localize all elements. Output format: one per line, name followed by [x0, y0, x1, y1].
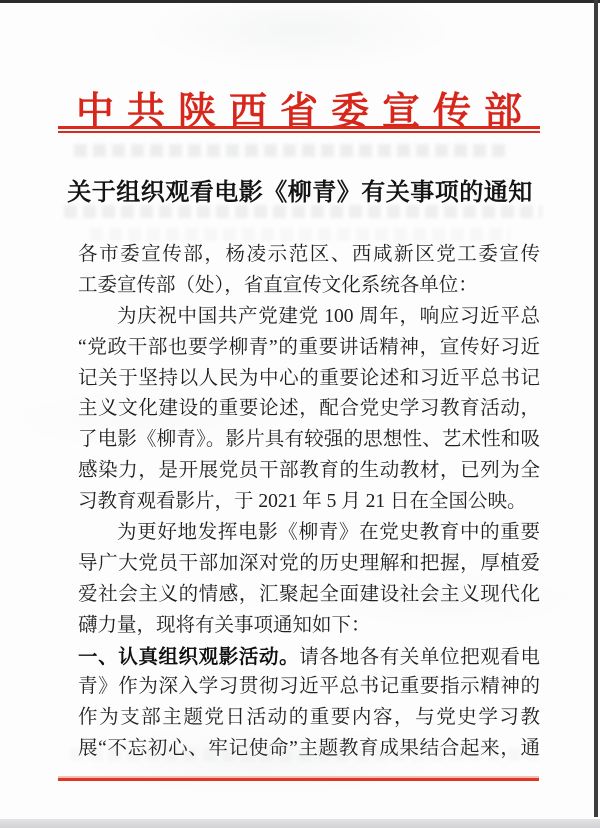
bleedthrough-text-row — [74, 144, 510, 157]
body-line: 工委宣传部（处），省直宣传文化系统各单位： — [78, 271, 540, 302]
bleedthrough-red-rule — [58, 776, 539, 781]
body-line: 展“不忘初心、牢记使命”主题教育成果结合起来，通过多种形 — [78, 734, 540, 765]
document-title: 关于组织观看电影《柳青》有关事项的通知 — [0, 172, 600, 207]
body-line: 各市委宣传部，杨凌示范区、西咸新区党工委宣传部，省委各 — [78, 240, 540, 271]
document-body: 各市委宣传部，杨凌示范区、西咸新区党工委宣传部，省委各工委宣传部（处），省直宣传… — [78, 240, 540, 765]
scan-edge-top — [0, 0, 600, 3]
body-line: 一、认真组织观影活动。请各地各有关单位把观看电影《柳 — [78, 642, 540, 673]
document-page: 中共陕西省委宣传部 关于组织观看电影《柳青》有关事项的通知 各市委宣传部，杨凌示… — [0, 0, 600, 828]
body-line: 主义文化建设的重要论述，配合党史学习教育活动，我省摄制 — [78, 394, 540, 425]
body-line: 导广大党员干部加深对党的历史理解和把握，厚植爱党、爱国、 — [78, 549, 540, 580]
body-line: 了电影《柳青》。影片具有较强的思想性、艺术性和吸引力、 — [78, 425, 540, 456]
body-line: 青》作为深入学习贯彻习近平总书记重要指示精神的重要举措， — [78, 672, 540, 703]
body-line: 作为支部主题党日活动的重要内容，与党史学习教育、巩固拓 — [78, 703, 540, 734]
body-line: “党政干部也要学柳青”的重要讲话精神，宣传好习近平总书 — [78, 333, 540, 364]
body-line-emphasis: 一、认真组织观影活动。 — [78, 646, 299, 668]
letterhead-red-rule — [58, 126, 540, 133]
body-line: 为更好地发挥电影《柳青》在党史教育中的重要作用，引 — [78, 518, 540, 549]
scan-edge-right — [594, 0, 598, 817]
scan-edge-bottom — [0, 819, 600, 828]
body-line: 为庆祝中国共产党建党 100 周年，响应习近平总书记关于 — [78, 302, 540, 333]
body-line: 礴力量，现将有关事项通知如下： — [78, 611, 540, 642]
body-line: 爱社会主义的情感，汇聚起全面建设社会主义现代化国家的磅 — [78, 580, 540, 611]
body-line: 记关于坚持以人民为中心的重要论述和习近平总书记关于社会 — [78, 364, 540, 395]
body-line: 习教育观看影片，于 2021 年 5 月 21 日在全国公映。 — [78, 487, 540, 518]
body-line: 感染力，是开展党员干部教育的生动教材，已列为全省党史学 — [78, 456, 540, 487]
